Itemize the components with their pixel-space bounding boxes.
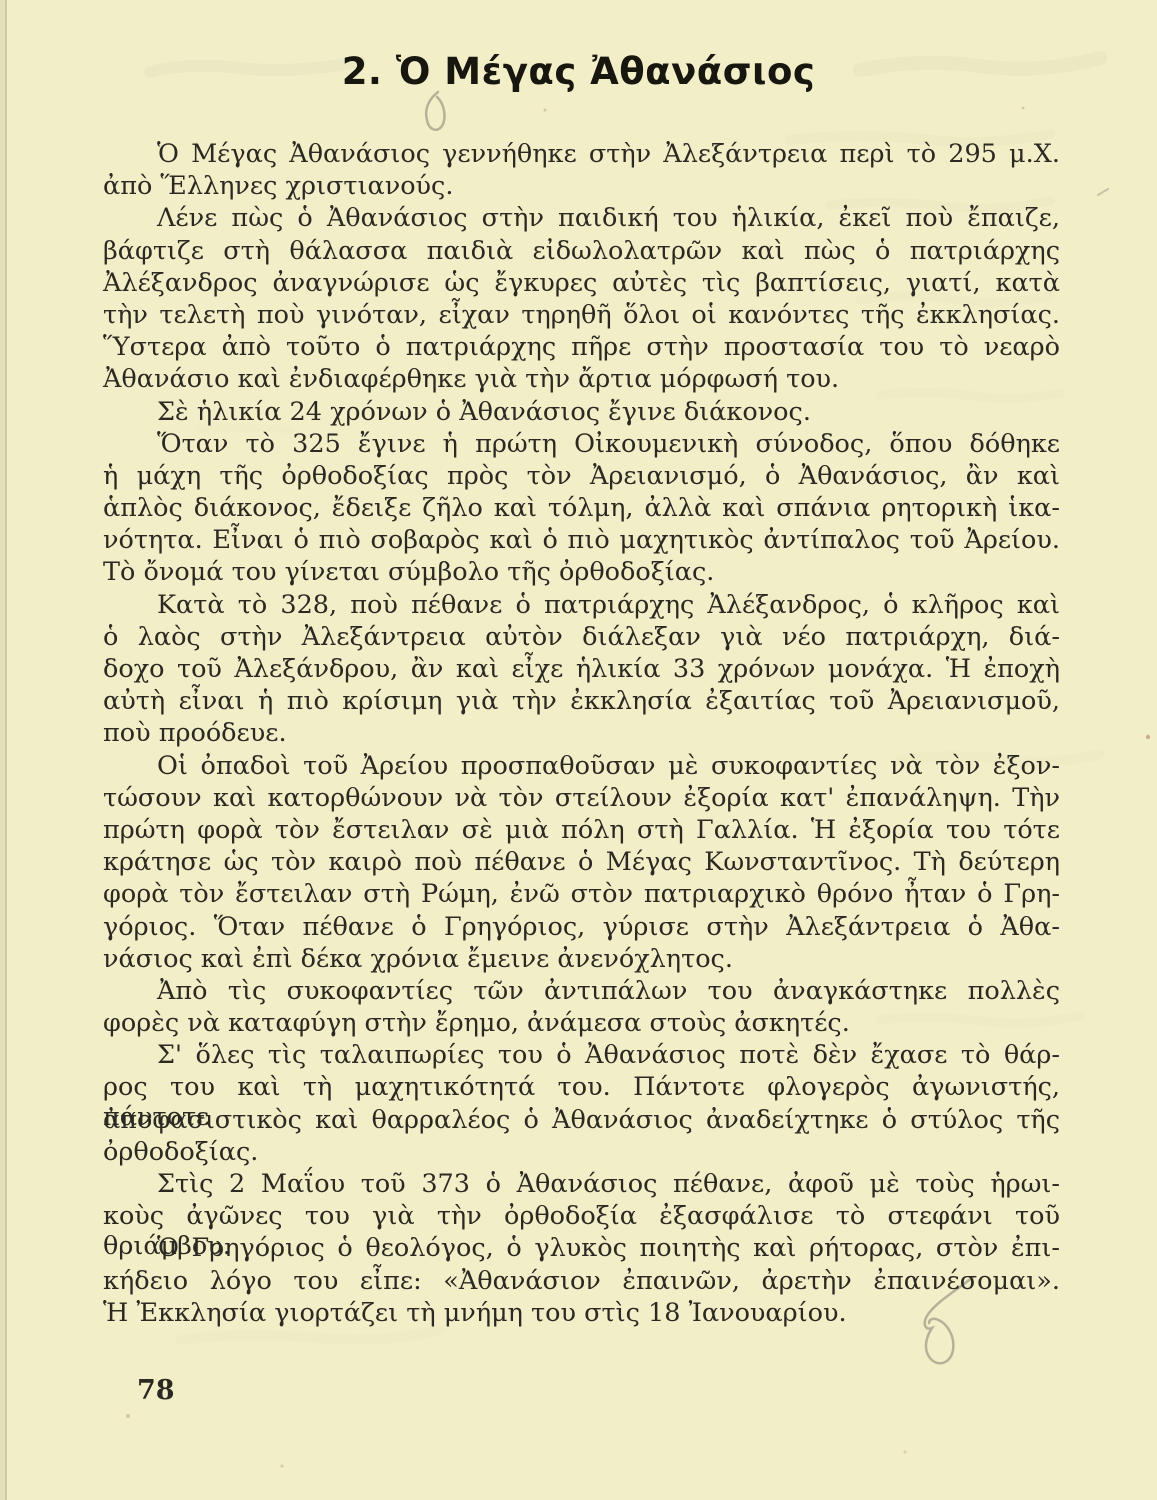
text-line: Ἀθανάσιο καὶ ἐνδιαφέρθηκε γιὰ τὴν ἄρτια …: [103, 364, 1060, 396]
paragraph: Σὲ ἡλικία 24 χρόνων ὁ Ἀθανάσιος ἔγινε δι…: [103, 397, 1060, 429]
text-line: δοχο τοῦ Ἀλεξάνδρου, ἂν καὶ εἶχε ἡλικία …: [103, 654, 1060, 686]
text-line: κράτησε ὡς τὸν καιρὸ ποὺ πέθανε ὁ Μέγας …: [103, 847, 1060, 879]
text-line: Κατὰ τὸ 328, ποὺ πέθανε ὁ πατριάρχης Ἀλέ…: [103, 590, 1060, 622]
body-text: Ὁ Μέγας Ἀθανάσιος γεννήθηκε στὴν Ἀλεξάντ…: [103, 139, 1060, 1330]
text-line: ποὺ προόδευε.: [103, 718, 1060, 750]
text-line: ὁ λαὸς στὴν Ἀλεξάντρεια αὐτὸν διάλεξαν γ…: [103, 622, 1060, 654]
paragraph: Ἀπὸ τὶς συκοφαντίες τῶν ἀντιπάλων του ἀν…: [103, 976, 1060, 1040]
text-line: Ἡ Ἐκκλησία γιορτάζει τὴ μνήμη του στὶς 1…: [103, 1298, 1060, 1330]
paragraph: Ὁ Γρηγόριος ὁ θεολόγος, ὁ γλυκὸς ποιητὴς…: [103, 1233, 1060, 1330]
text-line: Λένε πὼς ὁ Ἀθανάσιος στὴν παιδική του ἡλ…: [103, 203, 1060, 235]
text-line: νότητα. Εἶναι ὁ πιὸ σοβαρὸς καὶ ὁ πιὸ μα…: [103, 525, 1060, 557]
paragraph: Κατὰ τὸ 328, ποὺ πέθανε ὁ πατριάρχης Ἀλέ…: [103, 590, 1060, 751]
text-line: Οἱ ὀπαδοὶ τοῦ Ἀρείου προσπαθοῦσαν μὲ συκ…: [103, 751, 1060, 783]
text-line: ἀπὸ Ἕλληνες χριστιανούς.: [103, 171, 1060, 203]
text-line: τὴν τελετὴ ποὺ γινόταν, εἶχαν τηρηθῆ ὅλο…: [103, 300, 1060, 332]
text-line: κοὺς ἀγῶνες του γιὰ τὴν ὀρθοδοξία ἐξασφά…: [103, 1201, 1060, 1233]
text-line: Στὶς 2 Μαΐου τοῦ 373 ὁ Ἀθανάσιος πέθανε,…: [103, 1169, 1060, 1201]
text-line: Ὁ Μέγας Ἀθανάσιος γεννήθηκε στὴν Ἀλεξάντ…: [103, 139, 1060, 171]
text-line: Τὸ ὄνομά του γίνεται σύμβολο τῆς ὀρθοδοξ…: [103, 557, 1060, 589]
text-line: Ὕστερα ἀπὸ τοῦτο ὁ πατριάρχης πῆρε στὴν …: [103, 332, 1060, 364]
text-line: ρος του καὶ τὴ μαχητικότητά του. Πάντοτε…: [103, 1072, 1060, 1104]
text-line: Σὲ ἡλικία 24 χρόνων ὁ Ἀθανάσιος ἔγινε δι…: [103, 397, 1060, 429]
book-page: 2. Ὁ Μέγας Ἀθανάσιος Ὁ Μέγας Ἀθανάσιος γ…: [0, 0, 1157, 1500]
text-line: ἡ μάχη τῆς ὀρθοδοξίας πρὸς τὸν Ἀρειανισμ…: [103, 461, 1060, 493]
paragraph: Ὅταν τὸ 325 ἔγινε ἡ πρώτη Οἰκουμενικὴ σύ…: [103, 429, 1060, 590]
text-line: φορὰ τὸν ἔστειλαν στὴ Ρώμη, ἐνῶ στὸν πατ…: [103, 879, 1060, 911]
text-line: ἀποφασιστικὸς καὶ θαρραλέος ὁ Ἀθανάσιος …: [103, 1105, 1060, 1137]
paragraph: Οἱ ὀπαδοὶ τοῦ Ἀρείου προσπαθοῦσαν μὲ συκ…: [103, 751, 1060, 976]
text-line: Ὁ Γρηγόριος ὁ θεολόγος, ὁ γλυκὸς ποιητὴς…: [103, 1233, 1060, 1265]
text-line: Σ' ὅλες τὶς ταλαιπωρίες του ὁ Ἀθανάσιος …: [103, 1040, 1060, 1072]
paragraph: Λένε πὼς ὁ Ἀθανάσιος στὴν παιδική του ἡλ…: [103, 203, 1060, 396]
text-line: αὐτὴ εἶναι ἡ πιὸ κρίσιμη γιὰ τὴν ἐκκλησί…: [103, 686, 1060, 718]
text-line: φορὲς νὰ καταφύγη στὴν ἔρημο, ἀνάμεσα στ…: [103, 1008, 1060, 1040]
paragraph: Στὶς 2 Μαΐου τοῦ 373 ὁ Ἀθανάσιος πέθανε,…: [103, 1169, 1060, 1233]
text-line: γόριος. Ὅταν πέθανε ὁ Γρηγόριος, γύρισε …: [103, 912, 1060, 944]
paragraph: Ὁ Μέγας Ἀθανάσιος γεννήθηκε στὴν Ἀλεξάντ…: [103, 139, 1060, 203]
text-line: πρώτη φορὰ τὸν ἔστειλαν σὲ μιὰ πόλη στὴ …: [103, 815, 1060, 847]
paragraph: Σ' ὅλες τὶς ταλαιπωρίες του ὁ Ἀθανάσιος …: [103, 1040, 1060, 1169]
page-title: 2. Ὁ Μέγας Ἀθανάσιος: [0, 50, 1157, 93]
text-line: κήδειο λόγο του εἶπε: «Ἀθανάσιον ἐπαινῶν…: [103, 1266, 1060, 1298]
text-line: ἁπλὸς διάκονος, ἔδειξε ζῆλο καὶ τόλμη, ἀ…: [103, 493, 1060, 525]
text-line: Ὅταν τὸ 325 ἔγινε ἡ πρώτη Οἰκουμενικὴ σύ…: [103, 429, 1060, 461]
text-line: Ἀπὸ τὶς συκοφαντίες τῶν ἀντιπάλων του ἀν…: [103, 976, 1060, 1008]
text-line: Ἀλέξανδρος ἀναγνώρισε ὡς ἔγκυρες αὐτὲς τ…: [103, 268, 1060, 300]
page-number: 78: [137, 1375, 175, 1406]
text-line: τώσουν καὶ κατορθώνουν νὰ τὸν στείλουν ἐ…: [103, 783, 1060, 815]
text-line: ὀρθοδοξίας.: [103, 1137, 1060, 1169]
text-line: νάσιος καὶ ἐπὶ δέκα χρόνια ἔμεινε ἀνενόχ…: [103, 944, 1060, 976]
text-line: βάφτιζε στὴ θάλασσα παιδιὰ εἰδωλολατρῶν …: [103, 236, 1060, 268]
